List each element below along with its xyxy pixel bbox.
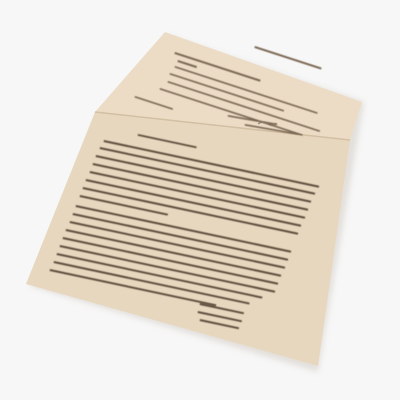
photo-scene	[0, 0, 400, 400]
document-photo	[0, 0, 400, 400]
